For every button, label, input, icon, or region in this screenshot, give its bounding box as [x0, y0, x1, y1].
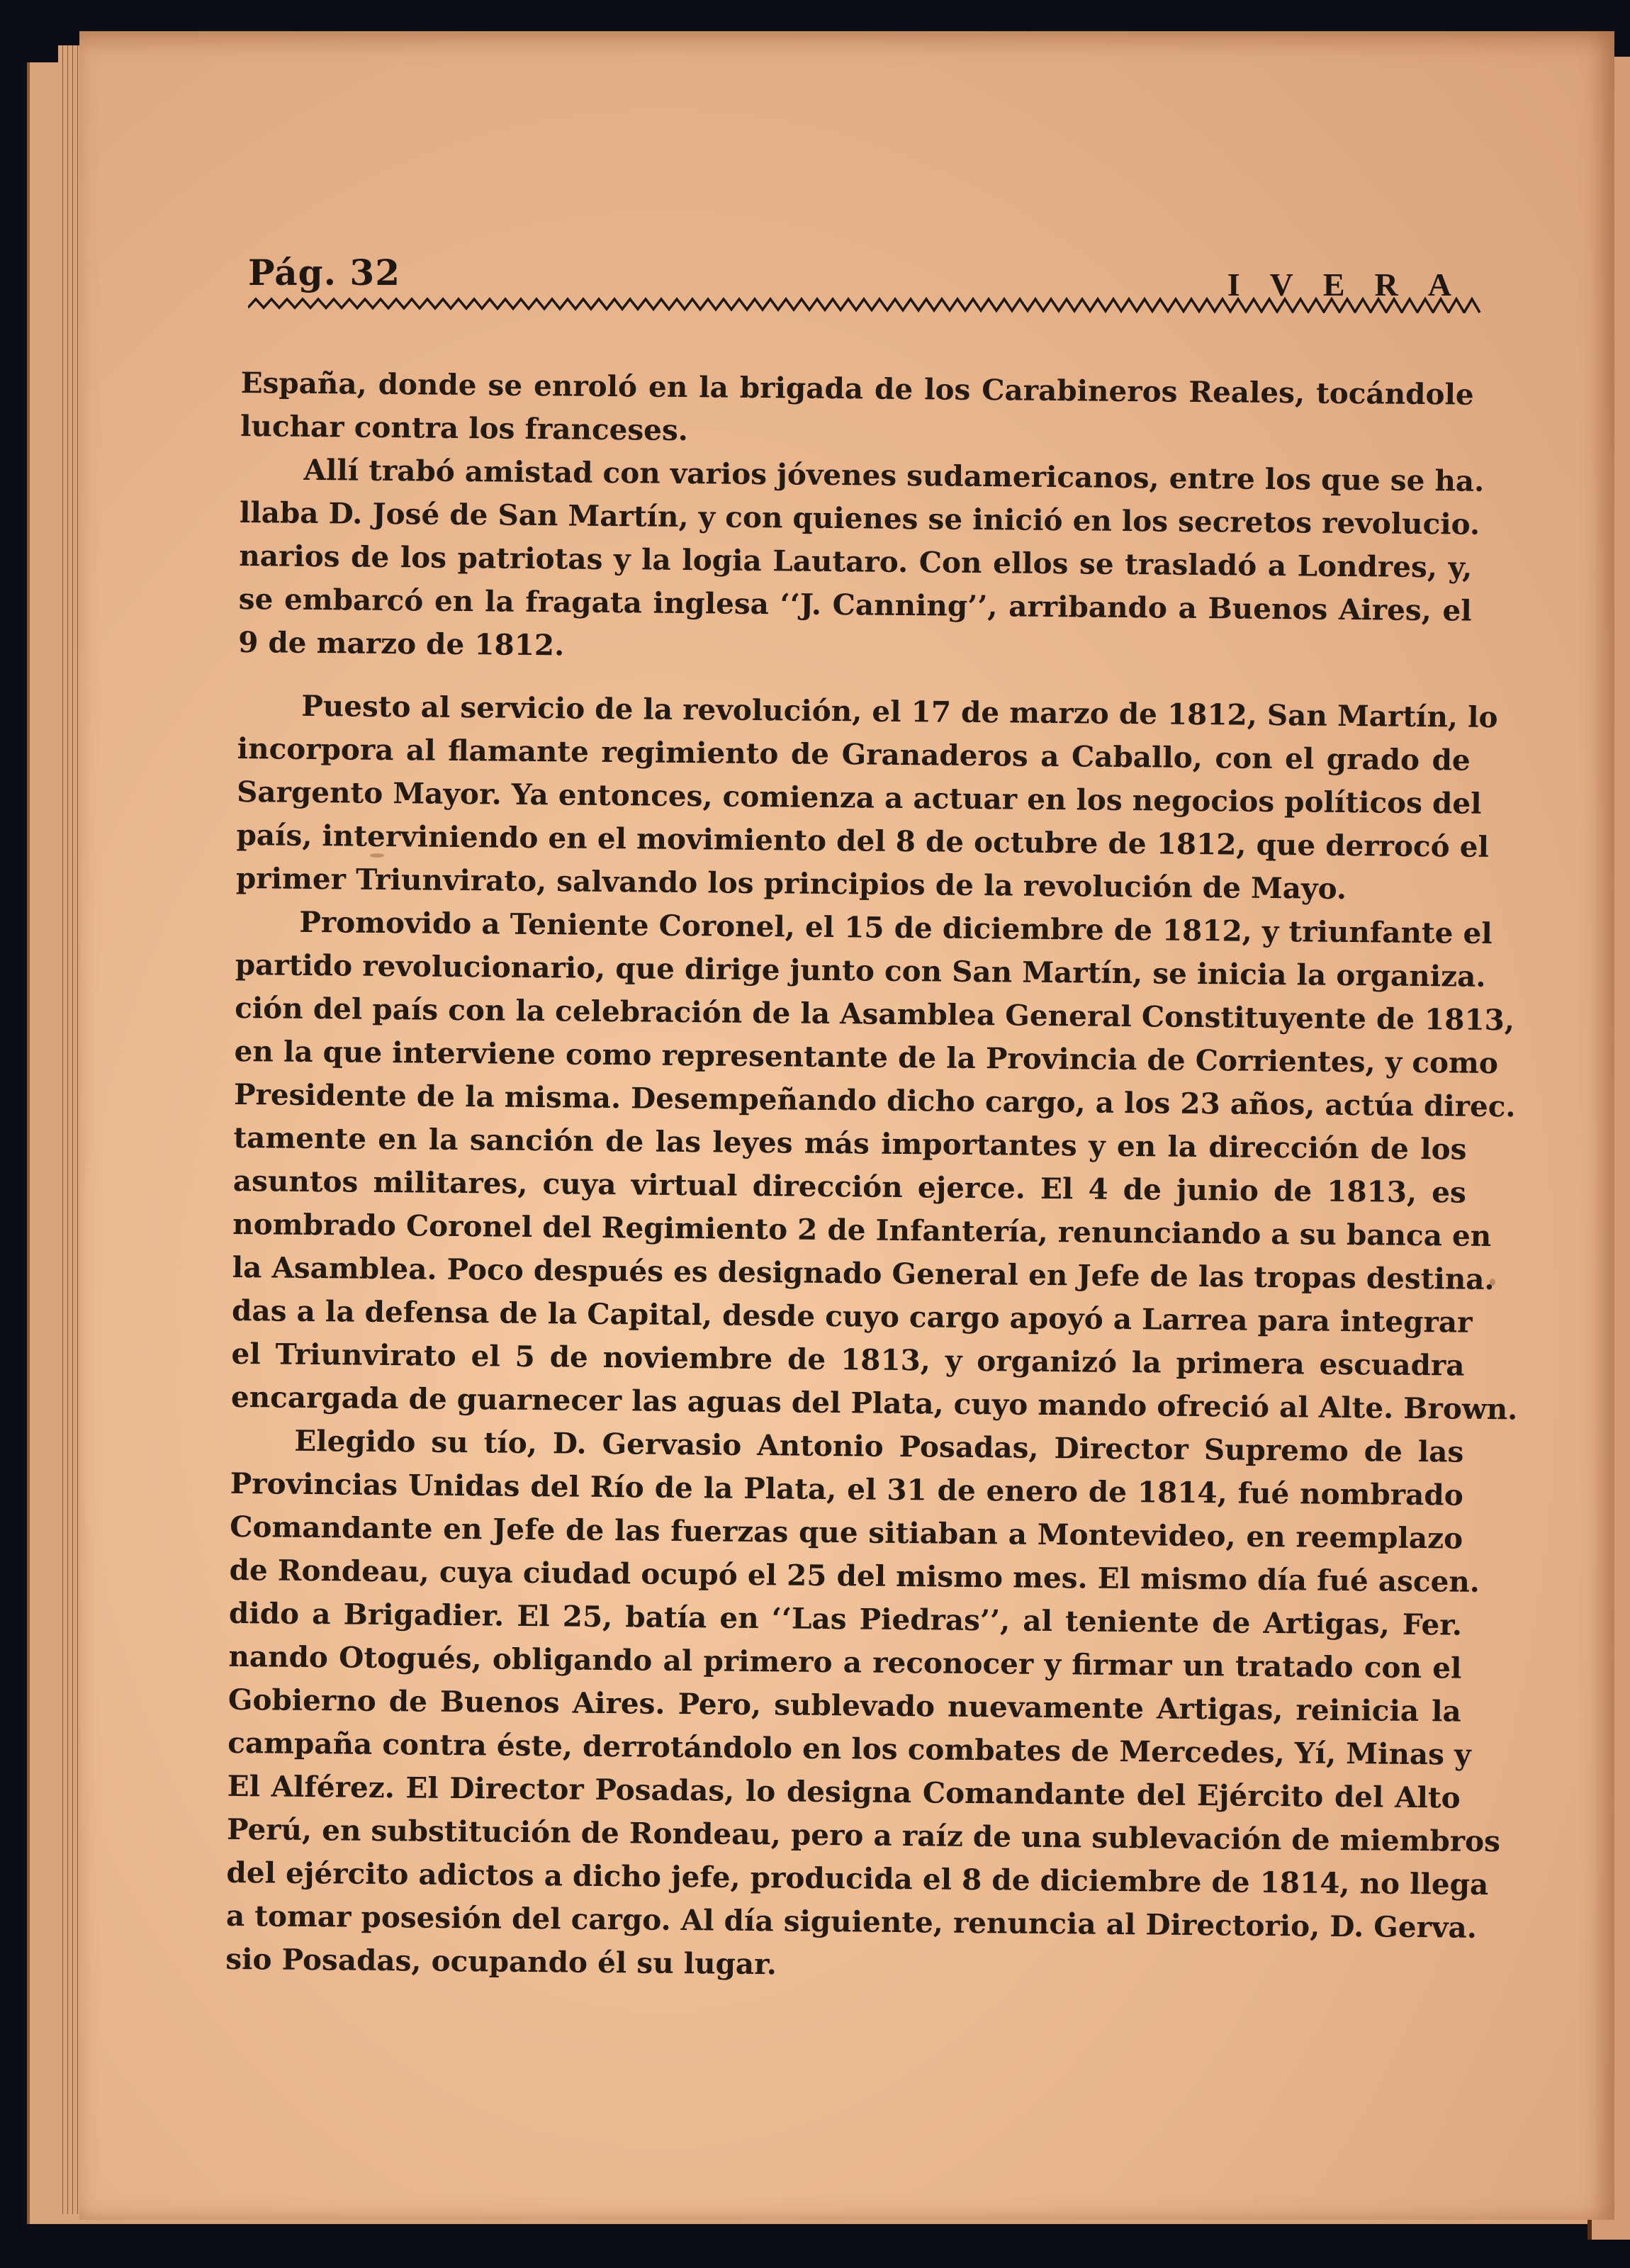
paragraph: Puesto al servicio de la revolución, el … — [236, 684, 1471, 912]
paragraph: Promovido a Teniente Coronel, el 15 de d… — [231, 900, 1469, 1431]
decorative-zigzag-rule — [248, 296, 1481, 313]
paragraph: España, donde se enroló en la brigada de… — [240, 361, 1474, 460]
page-number: Pág. 32 — [248, 252, 400, 293]
paragraph: Allí trabó amistad con varios jóvenes su… — [238, 448, 1473, 676]
body-text: España, donde se enroló en la brigada de… — [225, 361, 1474, 1993]
paragraph: Elegido su tío, D. Gervasio Antonio Posa… — [225, 1419, 1464, 1993]
